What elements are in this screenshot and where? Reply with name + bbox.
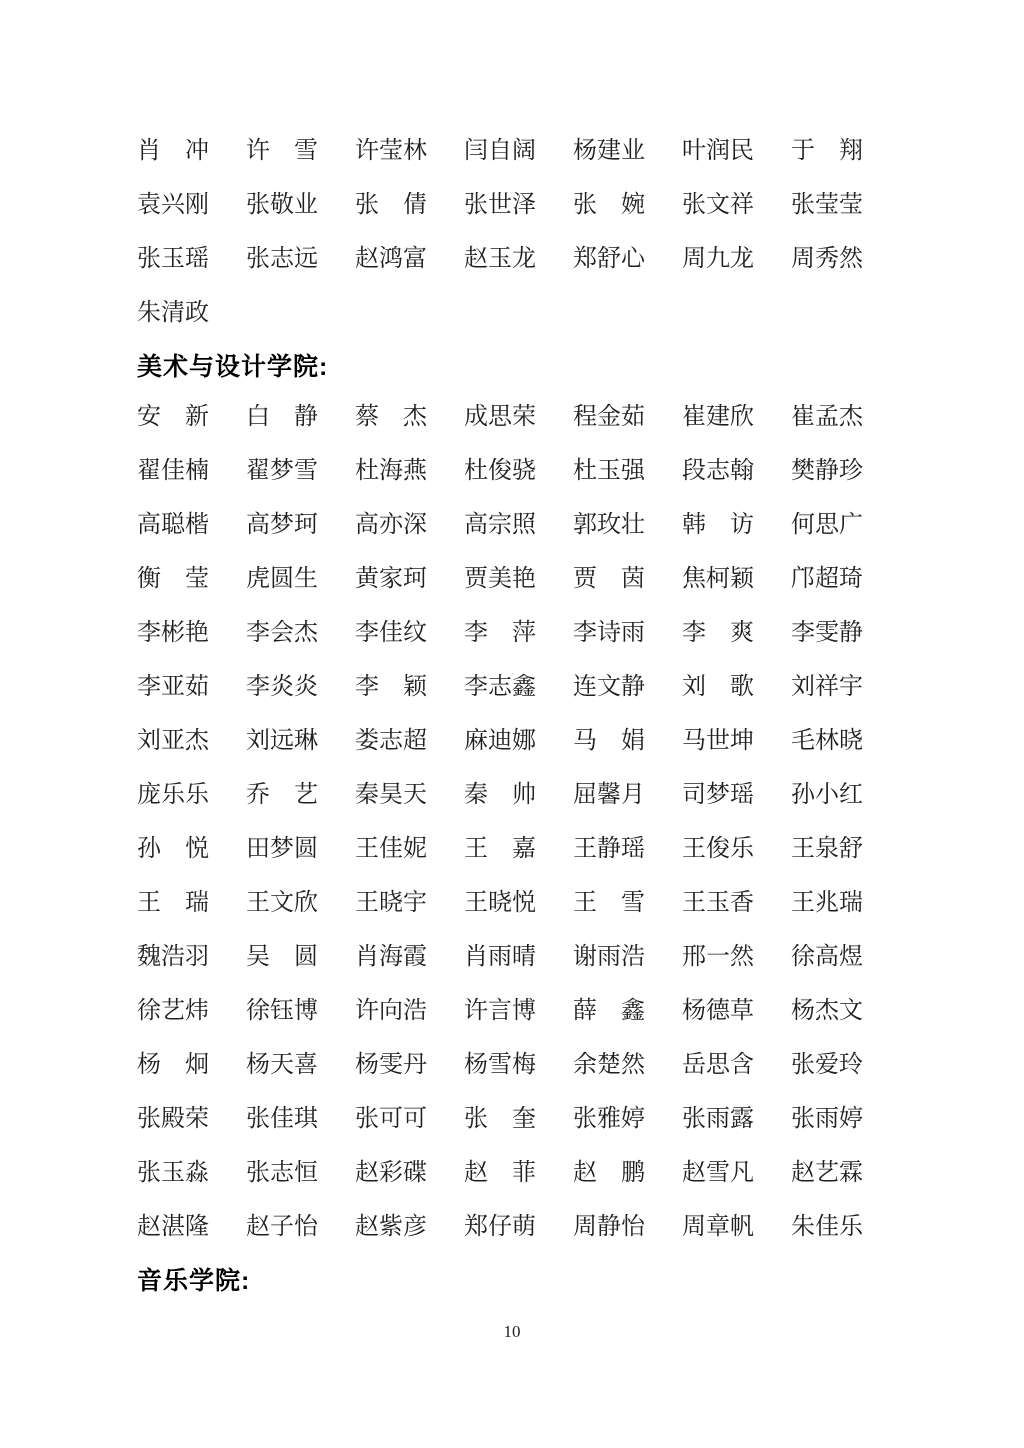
student-name: 张雨露	[682, 1106, 754, 1132]
student-name: 杨建业	[573, 138, 645, 164]
student-name: 贾茵	[573, 566, 645, 592]
student-name: 李颖	[355, 674, 427, 700]
student-name: 张婉	[573, 192, 645, 218]
student-name: 许言博	[464, 998, 536, 1024]
page-number: 10	[0, 1322, 1024, 1342]
student-name: 杜俊骁	[464, 458, 536, 484]
student-name: 虎圆生	[246, 566, 318, 592]
student-name: 庞乐乐	[137, 782, 209, 808]
student-name: 安新	[137, 404, 209, 430]
student-name: 杜海燕	[355, 458, 427, 484]
student-name: 孙小红	[791, 782, 863, 808]
student-name: 麻迪娜	[464, 728, 536, 754]
student-name: 乔艺	[246, 782, 318, 808]
student-name: 朱佳乐	[791, 1214, 863, 1240]
page-content: 肖冲许雪许莹林闫自阔杨建业叶润民于翔袁兴刚张敬业张倩张世泽张婉张文祥张莹莹张玉瑶…	[137, 124, 868, 1304]
student-name: 李爽	[682, 620, 754, 646]
student-name: 张莹莹	[791, 192, 863, 218]
student-name: 杨炯	[137, 1052, 209, 1078]
student-name: 张玉淼	[137, 1160, 209, 1186]
student-name: 张志恒	[246, 1160, 318, 1186]
student-name: 王晓宇	[355, 890, 427, 916]
student-name: 马世坤	[682, 728, 754, 754]
student-name: 孙悦	[137, 836, 209, 862]
student-name: 高亦深	[355, 512, 427, 538]
student-name: 程金茹	[573, 404, 645, 430]
student-name: 李亚茹	[137, 674, 209, 700]
student-name: 郭玫壮	[573, 512, 645, 538]
student-name: 岳思含	[682, 1052, 754, 1078]
student-name: 李会杰	[246, 620, 318, 646]
student-name: 王兆瑞	[791, 890, 863, 916]
student-name: 赵雪凡	[682, 1160, 754, 1186]
student-name: 周章帆	[682, 1214, 754, 1240]
student-name: 张殿荣	[137, 1106, 209, 1132]
student-name: 刘远琳	[246, 728, 318, 754]
heading-art-design-college: 美术与设计学院:	[137, 340, 868, 390]
student-name: 朱清政	[137, 300, 209, 326]
student-name: 赵鸿富	[355, 246, 427, 272]
student-name: 肖冲	[137, 138, 209, 164]
student-name: 张爱玲	[791, 1052, 863, 1078]
student-name: 韩访	[682, 512, 754, 538]
student-name: 杨杰文	[791, 998, 863, 1024]
student-name: 杨雪梅	[464, 1052, 536, 1078]
student-name: 白静	[246, 404, 318, 430]
student-name: 杜玉强	[573, 458, 645, 484]
student-name: 徐钰博	[246, 998, 318, 1024]
student-name: 高梦珂	[246, 512, 318, 538]
student-name: 李诗雨	[573, 620, 645, 646]
student-name: 刘亚杰	[137, 728, 209, 754]
student-name: 徐艺炜	[137, 998, 209, 1024]
student-name: 杨雯丹	[355, 1052, 427, 1078]
student-name: 刘祥宇	[791, 674, 863, 700]
student-name: 翟梦雪	[246, 458, 318, 484]
student-name: 翟佳楠	[137, 458, 209, 484]
student-name: 衡莹	[137, 566, 209, 592]
student-name: 于翔	[791, 138, 863, 164]
student-name: 秦昊天	[355, 782, 427, 808]
student-name: 周秀然	[791, 246, 863, 272]
student-name: 张玉瑶	[137, 246, 209, 272]
student-name: 谢雨浩	[573, 944, 645, 970]
name-list-art-design: 安新白静蔡杰成思荣程金茹崔建欣崔孟杰翟佳楠翟梦雪杜海燕杜俊骁杜玉强段志翰樊静珍高…	[137, 390, 868, 1254]
student-name: 成思荣	[464, 404, 536, 430]
student-name: 邝超琦	[791, 566, 863, 592]
student-name: 崔建欣	[682, 404, 754, 430]
student-name: 贾美艳	[464, 566, 536, 592]
student-name: 徐高煜	[791, 944, 863, 970]
student-name: 赵玉龙	[464, 246, 536, 272]
student-name: 周静怡	[573, 1214, 645, 1240]
student-name: 杨天喜	[246, 1052, 318, 1078]
student-name: 王佳妮	[355, 836, 427, 862]
student-name: 王泉舒	[791, 836, 863, 862]
student-name: 魏浩羽	[137, 944, 209, 970]
student-name: 段志翰	[682, 458, 754, 484]
student-name: 余楚然	[573, 1052, 645, 1078]
student-name: 张雅婷	[573, 1106, 645, 1132]
document-page: 肖冲许雪许莹林闫自阔杨建业叶润民于翔袁兴刚张敬业张倩张世泽张婉张文祥张莹莹张玉瑶…	[0, 0, 1024, 1448]
student-name: 袁兴刚	[137, 192, 209, 218]
student-name: 肖海霞	[355, 944, 427, 970]
student-name: 娄志超	[355, 728, 427, 754]
student-name: 李雯静	[791, 620, 863, 646]
student-name: 马娟	[573, 728, 645, 754]
student-name: 秦帅	[464, 782, 536, 808]
student-name: 王俊乐	[682, 836, 754, 862]
student-name: 李萍	[464, 620, 536, 646]
student-name: 樊静珍	[791, 458, 863, 484]
student-name: 连文静	[573, 674, 645, 700]
student-name: 邢一然	[682, 944, 754, 970]
student-name: 张佳琪	[246, 1106, 318, 1132]
student-name: 高宗照	[464, 512, 536, 538]
heading-music-college: 音乐学院:	[137, 1254, 868, 1304]
student-name: 许雪	[246, 138, 318, 164]
student-name: 张世泽	[464, 192, 536, 218]
student-name: 王晓悦	[464, 890, 536, 916]
student-name: 赵彩碟	[355, 1160, 427, 1186]
student-name: 王嘉	[464, 836, 536, 862]
student-name: 李炎炎	[246, 674, 318, 700]
student-name: 刘歌	[682, 674, 754, 700]
student-name: 薛鑫	[573, 998, 645, 1024]
student-name: 王静瑶	[573, 836, 645, 862]
student-name: 田梦圆	[246, 836, 318, 862]
student-name: 高聪楷	[137, 512, 209, 538]
student-name: 赵湛隆	[137, 1214, 209, 1240]
student-name: 张倩	[355, 192, 427, 218]
student-name: 许向浩	[355, 998, 427, 1024]
student-name: 毛林晓	[791, 728, 863, 754]
student-name: 叶润民	[682, 138, 754, 164]
student-name: 李佳纹	[355, 620, 427, 646]
student-name: 张可可	[355, 1106, 427, 1132]
student-name: 肖雨晴	[464, 944, 536, 970]
student-name: 王雪	[573, 890, 645, 916]
student-name: 屈馨月	[573, 782, 645, 808]
student-name: 许莹林	[355, 138, 427, 164]
student-name: 王玉香	[682, 890, 754, 916]
student-name: 郑舒心	[573, 246, 645, 272]
student-name: 张雨婷	[791, 1106, 863, 1132]
student-name: 郑仔萌	[464, 1214, 536, 1240]
student-name: 王瑞	[137, 890, 209, 916]
student-name: 崔孟杰	[791, 404, 863, 430]
student-name: 张志远	[246, 246, 318, 272]
student-name: 赵紫彦	[355, 1214, 427, 1240]
student-name: 李彬艳	[137, 620, 209, 646]
student-name: 蔡杰	[355, 404, 427, 430]
student-name: 焦柯颖	[682, 566, 754, 592]
student-name: 周九龙	[682, 246, 754, 272]
student-name: 司梦瑶	[682, 782, 754, 808]
student-name: 赵菲	[464, 1160, 536, 1186]
student-name: 何思广	[791, 512, 863, 538]
student-name: 张敬业	[246, 192, 318, 218]
student-name: 赵子怡	[246, 1214, 318, 1240]
student-name: 王文欣	[246, 890, 318, 916]
student-name: 杨德草	[682, 998, 754, 1024]
student-name: 赵艺霖	[791, 1160, 863, 1186]
student-name: 赵鹏	[573, 1160, 645, 1186]
student-name: 李志鑫	[464, 674, 536, 700]
student-name: 黄家珂	[355, 566, 427, 592]
student-name: 张文祥	[682, 192, 754, 218]
student-name: 张奎	[464, 1106, 536, 1132]
student-name: 吴圆	[246, 944, 318, 970]
name-list-continued: 肖冲许雪许莹林闫自阔杨建业叶润民于翔袁兴刚张敬业张倩张世泽张婉张文祥张莹莹张玉瑶…	[137, 124, 868, 340]
student-name: 闫自阔	[464, 138, 536, 164]
